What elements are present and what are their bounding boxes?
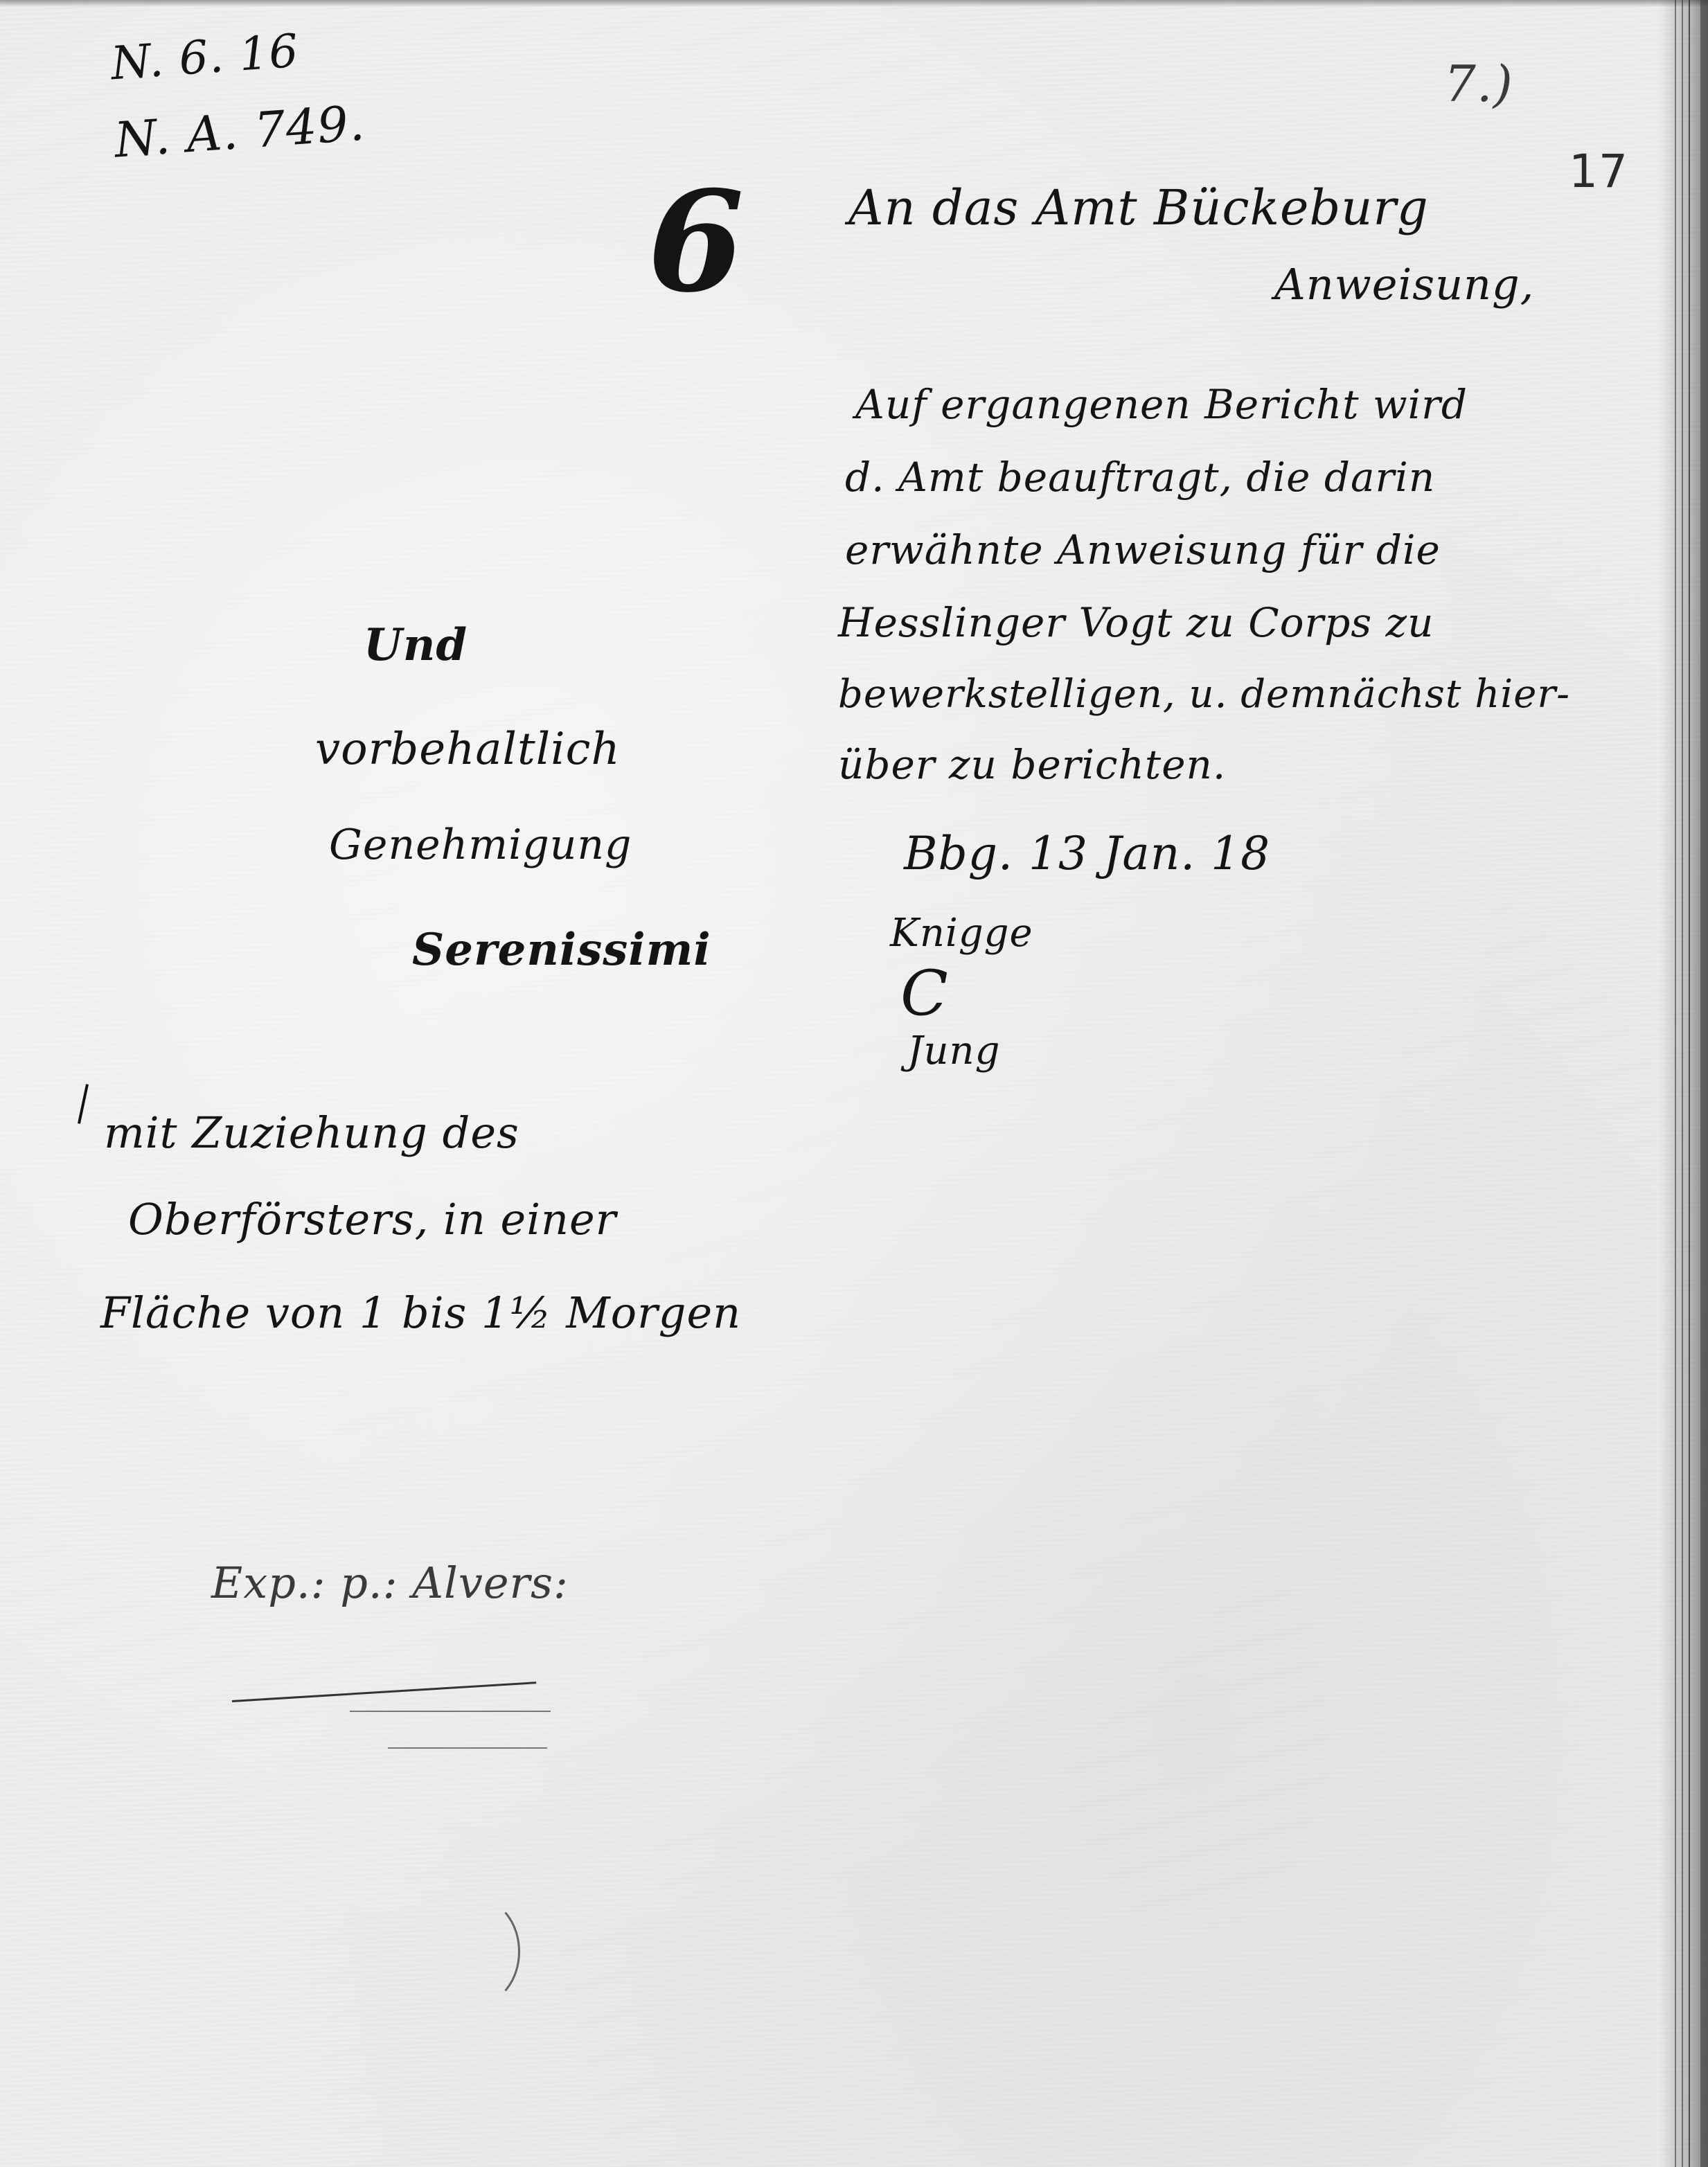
page-stack-line <box>1675 0 1676 2167</box>
body-line-4: Hesslinger Vogt zu Corps zu <box>838 603 1434 643</box>
signature-3: Jung <box>907 1032 1000 1071</box>
margin-note-line-1: Und <box>364 623 468 668</box>
page-stack-line <box>1700 0 1708 2167</box>
addressee-line-2: Anweisung, <box>1274 263 1534 306</box>
body-line-1: Auf ergangenen Bericht wird <box>855 384 1468 425</box>
closing-flourish-3 <box>388 1747 547 1749</box>
reference-number-2: N. A. 749. <box>113 98 366 164</box>
insert-line-1: mit Zuziehung des <box>104 1112 519 1154</box>
insert-line-3: Fläche von 1 bis 1½ Morgen <box>100 1292 741 1335</box>
expedition-note: Exp.: p.: Alvers: <box>211 1562 569 1605</box>
margin-note-line-3: Genehmigung <box>329 824 632 866</box>
closing-flourish-2 <box>350 1711 551 1712</box>
page-stack-line <box>1689 0 1690 2167</box>
margin-note-line-4: Serenissimi <box>412 928 711 972</box>
page-stack-line <box>1682 0 1683 2167</box>
signature-2: C <box>900 963 949 1025</box>
folio-pencil-number: 7.) <box>1444 59 1513 109</box>
body-line-3: erwähnte Anweisung für die <box>845 530 1441 570</box>
reference-number-1: N. 6. 16 <box>109 28 300 87</box>
body-line-2: d. Amt beauftragt, die darin <box>845 457 1435 497</box>
body-line-5: bewerkstelligen, u. demnächst hier- <box>838 675 1570 714</box>
page-curve-mark <box>433 1898 520 2006</box>
entry-number: 6 <box>648 173 745 312</box>
date-line: Bbg. 13 Jan. 18 <box>904 831 1270 877</box>
insertion-mark <box>78 1084 89 1124</box>
signature-1: Knigge <box>890 914 1033 953</box>
document-page: N. 6. 16 N. A. 749. 7.) 17 6 An das Amt … <box>0 0 1708 2167</box>
body-line-6: über zu berichten. <box>838 744 1226 785</box>
insert-line-2: Oberförsters, in einer <box>128 1198 616 1241</box>
addressee-line-1: An das Amt Bückeburg <box>848 184 1429 232</box>
folio-number: 17 <box>1569 149 1628 195</box>
margin-note-line-2: vorbehaltlich <box>315 727 621 772</box>
page-top-edge <box>0 0 1708 7</box>
closing-flourish-1 <box>232 1682 536 1702</box>
